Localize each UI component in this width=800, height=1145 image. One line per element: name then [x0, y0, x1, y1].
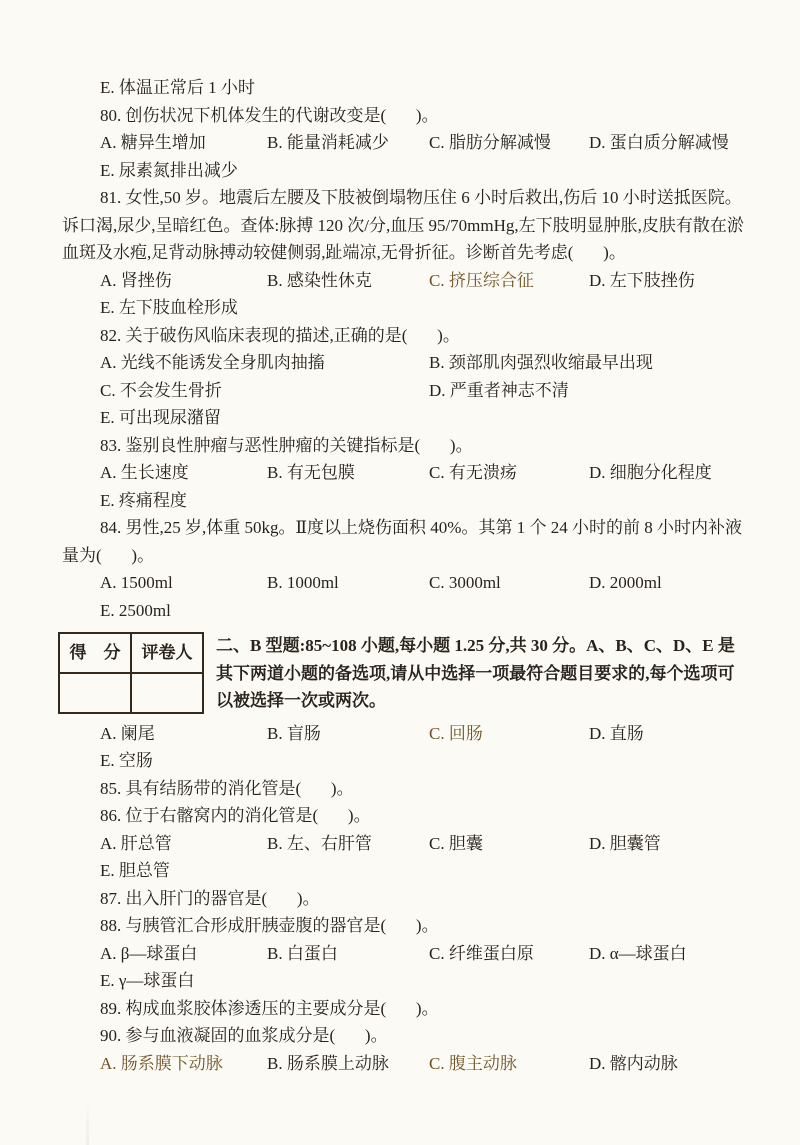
- option-d: D. 细胞分化程度: [589, 459, 744, 487]
- grader-label-cell: 评卷人: [131, 633, 203, 673]
- option-b: B. 左、右肝管: [267, 830, 429, 858]
- score-blank-cell: [59, 673, 131, 713]
- option-c: C. 3000ml: [429, 569, 589, 597]
- option-a: A. β—球蛋白: [100, 940, 267, 968]
- option-a: A. 光线不能诱发全身肌肉抽搐: [100, 349, 429, 377]
- option-b: B. 肠系膜上动脉: [267, 1050, 429, 1078]
- question-84-options: A. 1500ml B. 1000ml C. 3000ml D. 2000ml: [62, 569, 744, 597]
- option-d: D. 胆囊管: [589, 830, 744, 858]
- option-d: D. 2000ml: [589, 569, 744, 597]
- carryover-option-e: E. 体温正常后 1 小时: [62, 74, 744, 102]
- option-e: E. 空肠: [62, 747, 744, 775]
- option-e: E. γ—球蛋白: [62, 967, 744, 995]
- option-d: D. 直肠: [589, 720, 744, 748]
- option-e: E. 胆总管: [62, 857, 744, 885]
- question-88-stem: 88. 与胰管汇合形成肝胰壶腹的器官是( )。: [62, 912, 744, 940]
- option-a: A. 糖异生增加: [100, 129, 267, 157]
- option-c: C. 有无溃疡: [429, 459, 589, 487]
- option-b: B. 1000ml: [267, 569, 429, 597]
- question-82-options-row1: A. 光线不能诱发全身肌肉抽搐 B. 颈部肌肉强烈收缩最早出现: [62, 349, 744, 377]
- section-b-header: 得 分 评卷人 二、B 型题:85~108 小题,每小题 1.25 分,共 30…: [62, 632, 744, 715]
- option-b: B. 白蛋白: [267, 940, 429, 968]
- question-84-stem: 84. 男性,25 岁,体重 50kg。Ⅱ度以上烧伤面积 40%。其第 1 个 …: [62, 514, 744, 569]
- option-b: B. 颈部肌肉强烈收缩最早出现: [429, 349, 744, 377]
- option-e: E. 可出现尿潴留: [62, 404, 744, 432]
- option-d: D. 左下肢挫伤: [589, 267, 744, 295]
- option-b: B. 有无包膜: [267, 459, 429, 487]
- question-89-stem: 89. 构成血浆胶体渗透压的主要成分是( )。: [62, 995, 744, 1023]
- question-87-stem: 87. 出入肝门的器官是( )。: [62, 885, 744, 913]
- option-c: C. 脂肪分解减慢: [429, 129, 589, 157]
- option-b: B. 感染性休克: [267, 267, 429, 295]
- option-e: E. 疼痛程度: [62, 487, 744, 515]
- option-c: C. 不会发生骨折: [100, 377, 429, 405]
- option-d: D. α—球蛋白: [589, 940, 744, 968]
- group-b3-options: A. β—球蛋白 B. 白蛋白 C. 纤维蛋白原 D. α—球蛋白: [62, 940, 744, 968]
- question-86-stem: 86. 位于右髂窝内的消化管是( )。: [62, 802, 744, 830]
- question-82-stem: 82. 关于破伤风临床表现的描述,正确的是( )。: [62, 322, 744, 350]
- question-80-options: A. 糖异生增加 B. 能量消耗减少 C. 脂肪分解减慢 D. 蛋白质分解减慢: [62, 129, 744, 157]
- option-e: E. 左下肢血栓形成: [62, 294, 744, 322]
- section-b-instructions: 二、B 型题:85~108 小题,每小题 1.25 分,共 30 分。A、B、C…: [216, 632, 744, 715]
- question-80-stem: 80. 创伤状况下机体发生的代谢改变是( )。: [62, 102, 744, 130]
- question-85-stem: 85. 具有结肠带的消化管是( )。: [62, 775, 744, 803]
- option-e: E. 2500ml: [62, 597, 744, 625]
- group-b2-options: A. 肝总管 B. 左、右肝管 C. 胆囊 D. 胆囊管: [62, 830, 744, 858]
- score-label-cell: 得 分: [59, 633, 131, 673]
- question-81-stem: 81. 女性,50 岁。地震后左腰及下肢被倒塌物压住 6 小时后救出,伤后 10…: [62, 184, 744, 267]
- option-d: D. 髂内动脉: [589, 1050, 744, 1078]
- group-b1-options: A. 阑尾 B. 盲肠 C. 回肠 D. 直肠: [62, 720, 744, 748]
- option-d: D. 蛋白质分解减慢: [589, 129, 744, 157]
- grader-blank-cell: [131, 673, 203, 713]
- option-a: A. 生长速度: [100, 459, 267, 487]
- option-a: A. 肾挫伤: [100, 267, 267, 295]
- option-c: C. 纤维蛋白原: [429, 940, 589, 968]
- option-e: E. 尿素氮排出减少: [62, 157, 744, 185]
- exam-content: E. 体温正常后 1 小时 80. 创伤状况下机体发生的代谢改变是( )。 A.…: [62, 74, 744, 1077]
- option-c: C. 腹主动脉: [429, 1050, 589, 1078]
- option-c: C. 胆囊: [429, 830, 589, 858]
- option-a: A. 阑尾: [100, 720, 267, 748]
- option-b: B. 盲肠: [267, 720, 429, 748]
- question-83-stem: 83. 鉴别良性肿瘤与恶性肿瘤的关键指标是( )。: [62, 432, 744, 460]
- scanned-exam-page: E. 体温正常后 1 小时 80. 创伤状况下机体发生的代谢改变是( )。 A.…: [0, 0, 800, 1145]
- option-c: C. 回肠: [429, 720, 589, 748]
- group-b4-options: A. 肠系膜下动脉 B. 肠系膜上动脉 C. 腹主动脉 D. 髂内动脉: [62, 1050, 744, 1078]
- question-90-stem: 90. 参与血液凝固的血浆成分是( )。: [62, 1022, 744, 1050]
- question-81-options: A. 肾挫伤 B. 感染性休克 C. 挤压综合征 D. 左下肢挫伤: [62, 267, 744, 295]
- option-c: C. 挤压综合征: [429, 267, 589, 295]
- question-83-options: A. 生长速度 B. 有无包膜 C. 有无溃疡 D. 细胞分化程度: [62, 459, 744, 487]
- option-a: A. 肝总管: [100, 830, 267, 858]
- option-a: A. 肠系膜下动脉: [100, 1050, 267, 1078]
- score-table: 得 分 评卷人: [58, 632, 204, 714]
- option-b: B. 能量消耗减少: [267, 129, 429, 157]
- option-d: D. 严重者神志不清: [429, 377, 744, 405]
- option-a: A. 1500ml: [100, 569, 267, 597]
- scan-edge-artifact: [86, 1097, 89, 1145]
- question-82-options-row2: C. 不会发生骨折 D. 严重者神志不清: [62, 377, 744, 405]
